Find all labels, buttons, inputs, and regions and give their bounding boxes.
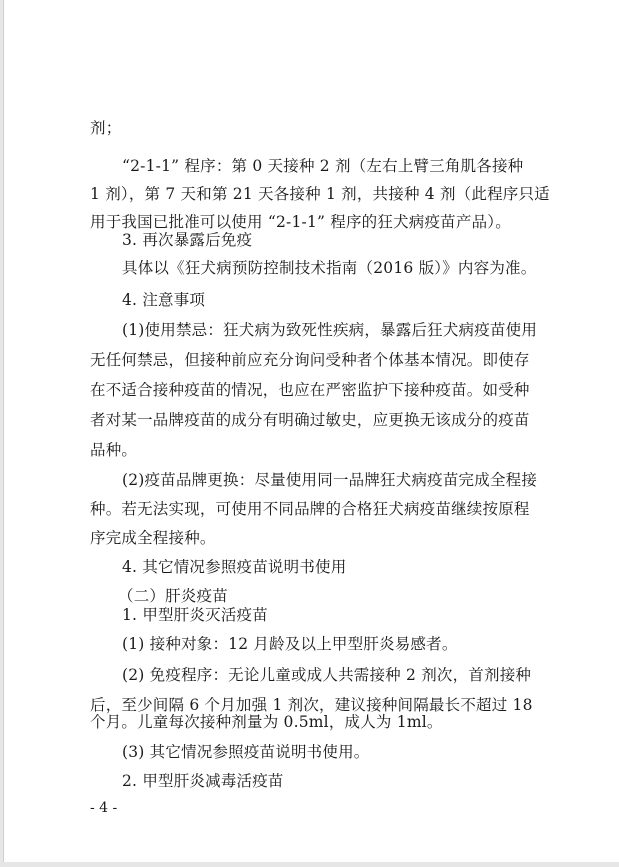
- section-heading: 2. 甲型肝炎减毒活疫苗: [122, 771, 582, 791]
- section-heading: 4. 注意事项: [122, 290, 582, 310]
- text-line: 剂；: [90, 118, 550, 138]
- text-line: “2-1-1” 程序：第 0 天接种 2 剂（左右上臂三角肌各接种: [122, 156, 582, 176]
- text-line: (1)使用禁忌：狂犬病为致死性疾病，暴露后狂犬病疫苗使用: [122, 320, 582, 340]
- text-line: 序完成全程接种。: [90, 528, 550, 548]
- text-line: 用于我国已批准可以使用 “2-1-1” 程序的狂犬病疫苗产品）。: [90, 212, 550, 232]
- section-heading: 1. 甲型肝炎灭活疫苗: [122, 605, 582, 625]
- text-line: 1 剂），第 7 天和第 21 天各接种 1 剂，共接种 4 剂（此程序只适: [90, 184, 550, 204]
- section-heading: 4. 其它情况参照疫苗说明书使用: [122, 557, 582, 577]
- page-number: - 4 -: [90, 800, 117, 816]
- text-line: (2) 免疫程序：无论儿童或成人共需接种 2 剂次，首剂接种: [122, 665, 582, 685]
- text-line: 品种。: [90, 440, 550, 460]
- text-line: (1) 接种对象：12 月龄及以上甲型肝炎易感者。: [122, 634, 582, 654]
- section-heading: 3. 再次暴露后免疫: [122, 230, 582, 250]
- text-line: (3) 其它情况参照疫苗说明书使用。: [122, 742, 582, 762]
- section-heading: （二）肝炎疫苗: [118, 586, 578, 606]
- text-line: 者对某一品牌疫苗的成分有明确过敏史，应更换无该成分的疫苗: [90, 410, 550, 430]
- text-line: 个月。儿童每次接种剂量为 0.5ml，成人为 1ml。: [90, 712, 550, 732]
- text-line: 在不适合接种疫苗的情况，也应在严密监护下接种疫苗。如受种: [90, 380, 550, 400]
- text-line: 具体以《狂犬病预防控制技术指南（2016 版）》内容为准。: [122, 258, 582, 278]
- text-line: (2)疫苗品牌更换：尽量使用同一品牌狂犬病疫苗完成全程接: [122, 470, 582, 490]
- text-line: 种。若无法实现，可使用不同品牌的合格狂犬病疫苗继续按原程: [90, 499, 550, 519]
- document-page: 剂； “2-1-1” 程序：第 0 天接种 2 剂（左右上臂三角肌各接种 1 剂…: [3, 0, 619, 862]
- text-line: 无任何禁忌，但接种前应充分询问受种者个体基本情况。即使存: [90, 350, 550, 370]
